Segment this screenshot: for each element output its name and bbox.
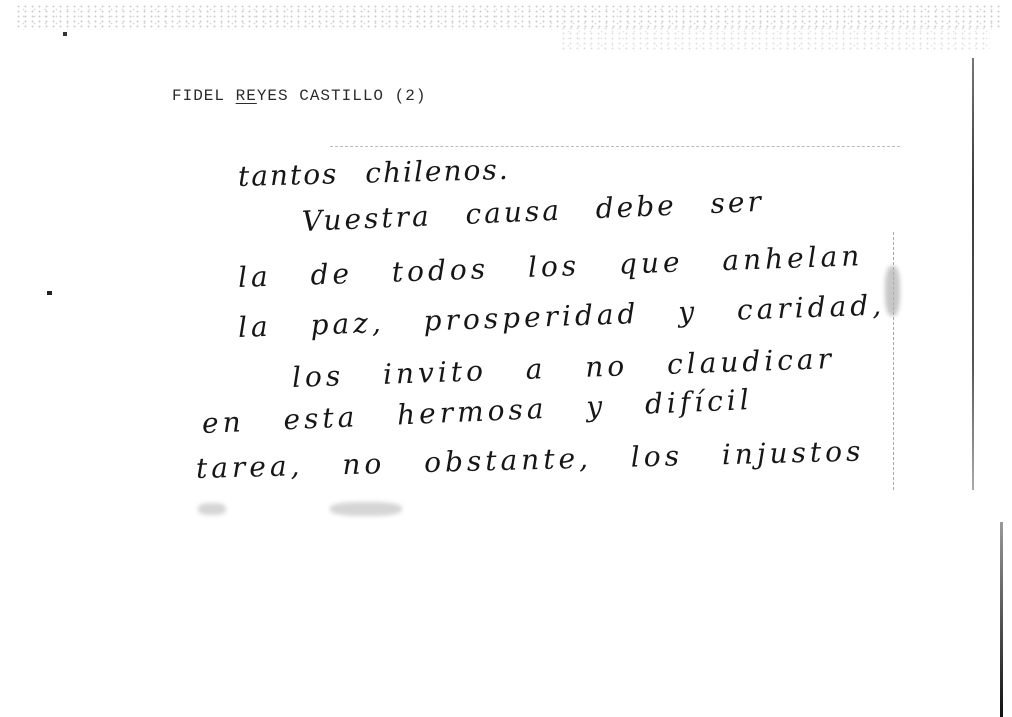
typed-header: FIDEL REYES CASTILLO (2): [172, 87, 426, 105]
scan-line-artifact: [1000, 522, 1003, 717]
ink-dot: [63, 32, 67, 36]
ink-dot: [47, 291, 52, 295]
scan-line-artifact: [972, 58, 974, 490]
scan-noise-band-secondary: [560, 26, 990, 52]
header-text-after: YES CASTILLO (2): [257, 87, 427, 105]
handwriting-line: tantos chilenos.: [238, 153, 510, 193]
handwriting-line: los invito a no claudicar: [291, 342, 835, 394]
smudge: [330, 502, 402, 516]
note-paper-edge-top: [330, 146, 900, 147]
handwriting-line: la paz, prosperidad y caridad,: [237, 288, 885, 344]
scanned-document-page: FIDEL REYES CASTILLO (2) tantos chilenos…: [0, 0, 1012, 717]
header-text-before: FIDEL: [172, 87, 236, 105]
handwriting-line: tarea, no obstante, los injustos: [196, 435, 865, 485]
handwriting-line: en esta hermosa y difícil: [201, 383, 753, 440]
smudge: [885, 266, 900, 316]
handwriting-line: la de todos los que anhelan: [237, 239, 863, 294]
header-text-underlined: RE: [236, 87, 257, 105]
handwriting-line: Vuestra causa debe ser: [301, 185, 764, 238]
smudge: [198, 503, 226, 515]
